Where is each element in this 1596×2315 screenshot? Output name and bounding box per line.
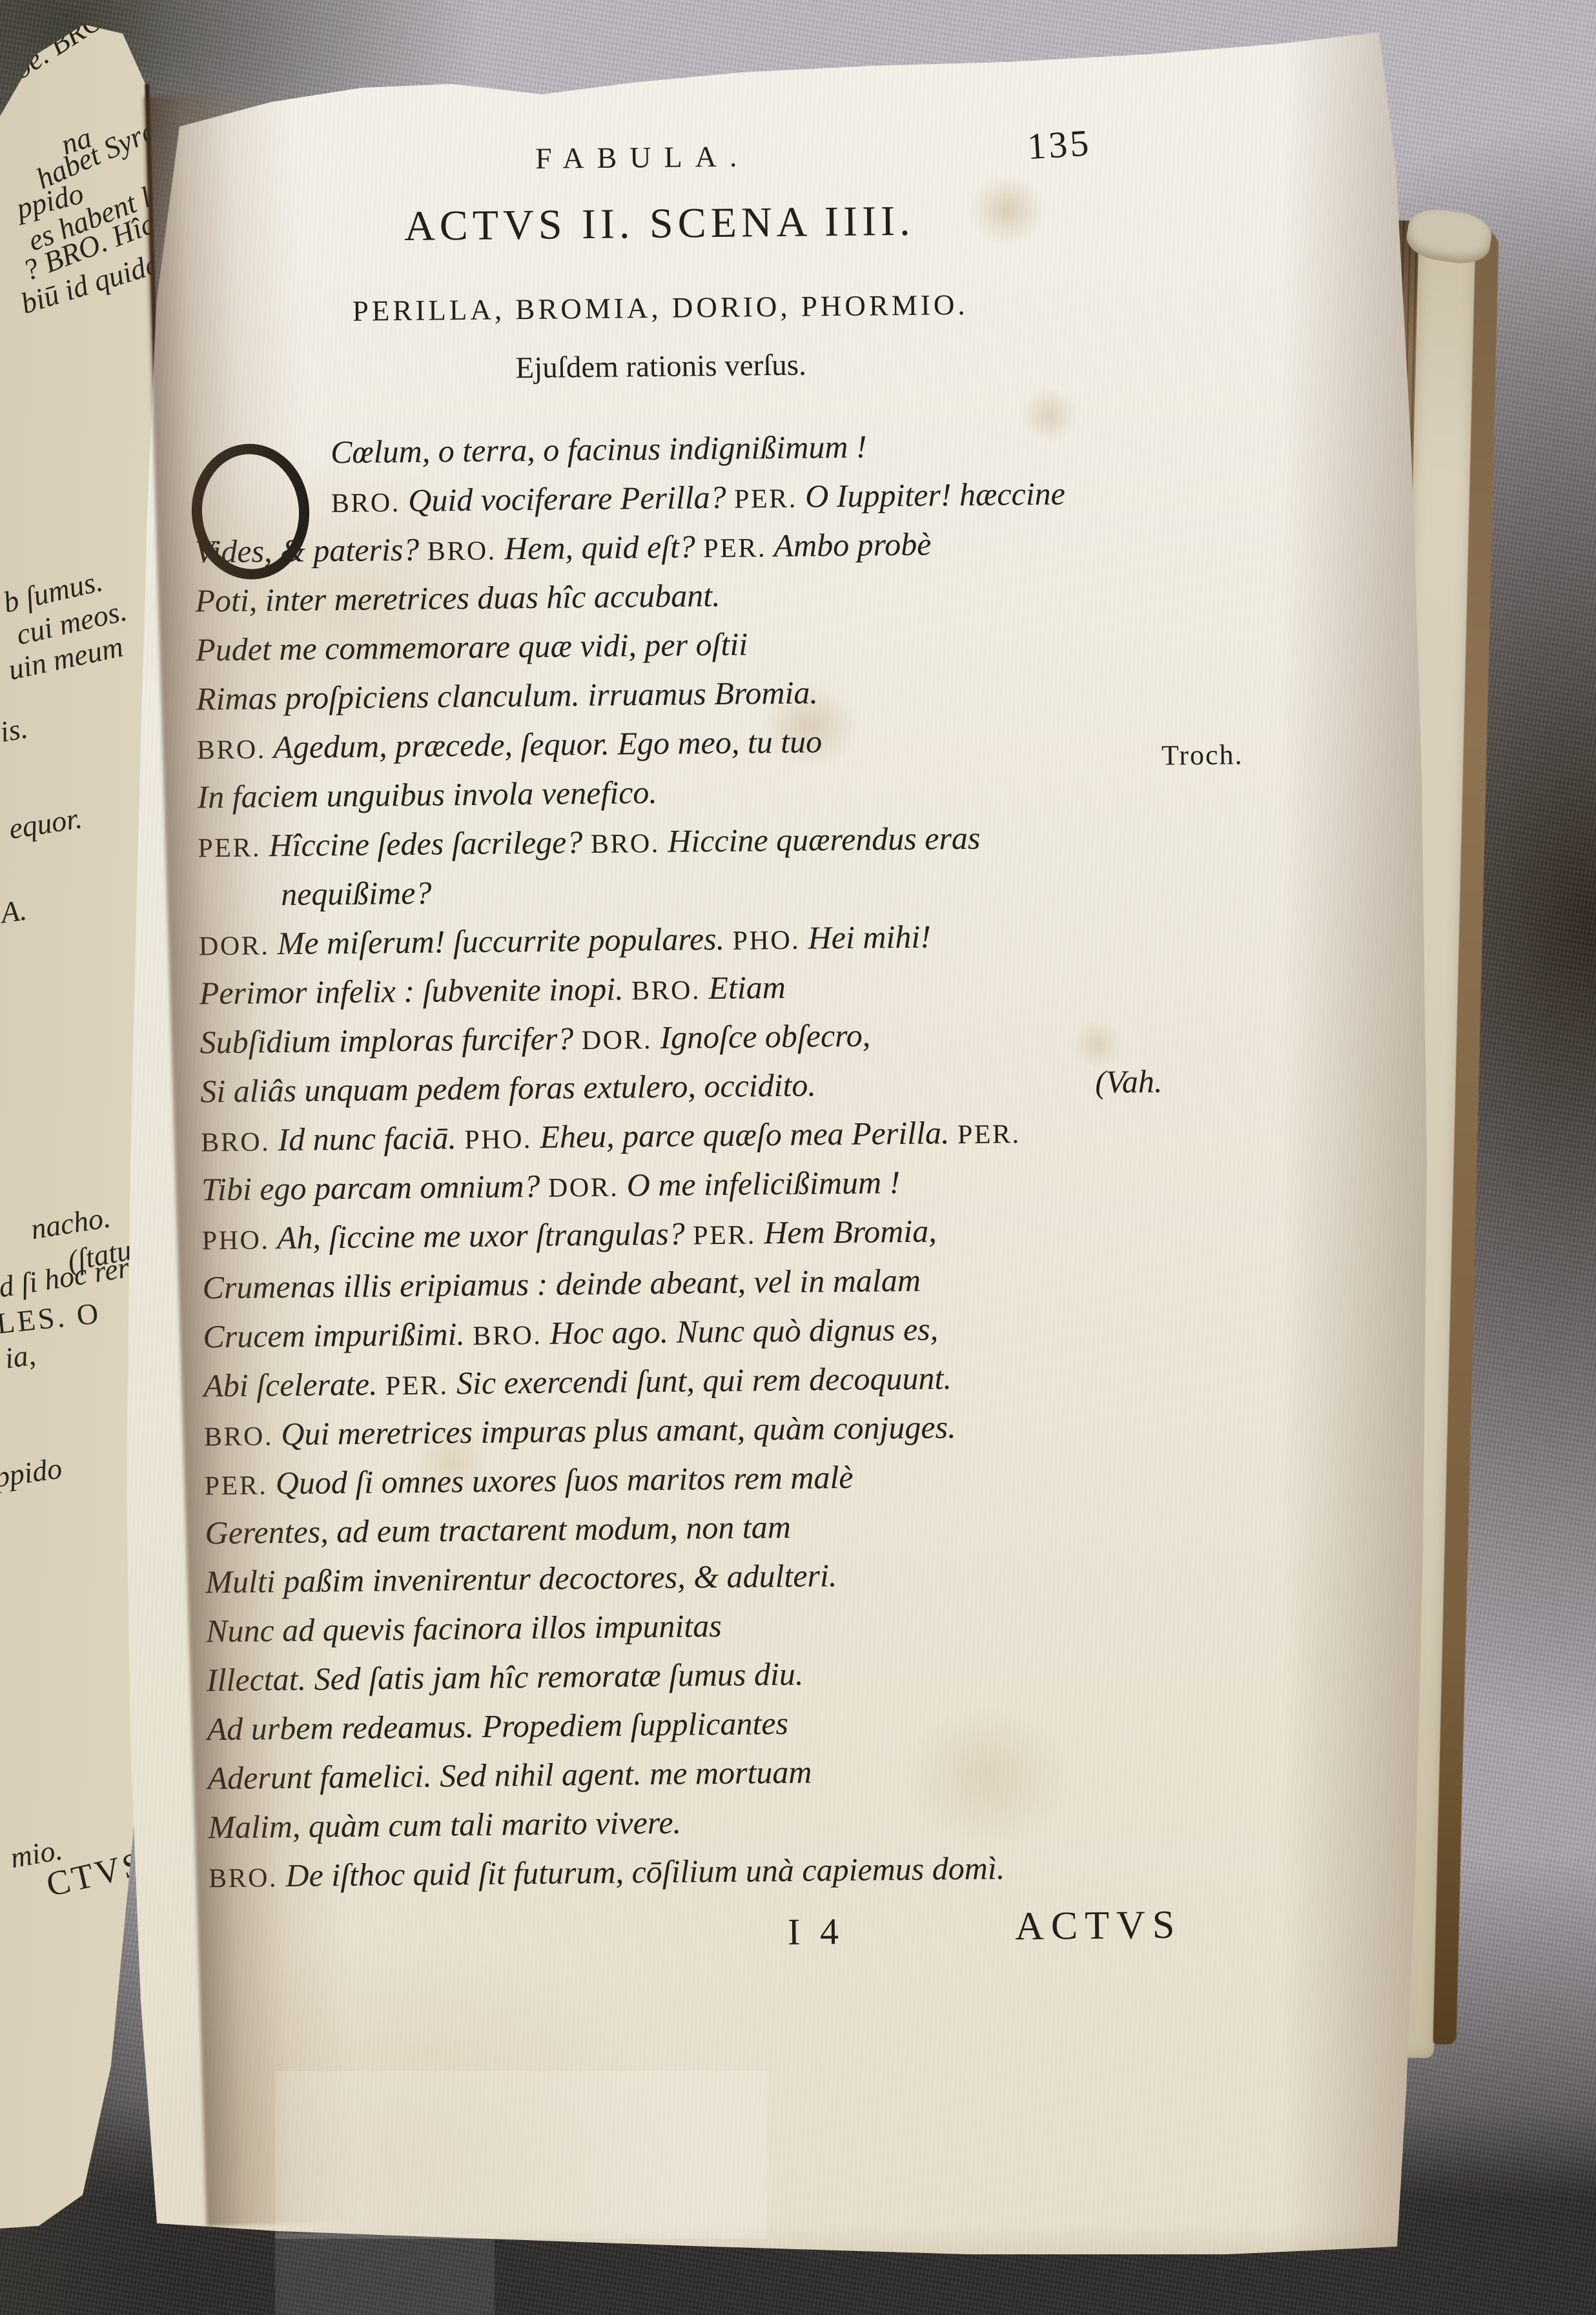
left-page-fragment: is. [0, 711, 30, 750]
signature-mark: I 4 [788, 1910, 844, 1953]
exposure-patch [275, 2071, 767, 2239]
page-content: FABULA. 135 ACTVS II. SCENA IIII. PERILL… [0, 0, 1596, 2315]
book-photo: be. BRO. Quidnahabet Syram,ppidoes haben… [0, 0, 1596, 2315]
exposure-patch [275, 2234, 495, 2315]
marginal-note: Troch. [1161, 738, 1243, 771]
left-page-fragment: ppido [0, 1451, 64, 1494]
left-page-fragment: ia, [3, 1337, 37, 1375]
scene-heading: ACTVS II. SCENA IIII. [191, 194, 1128, 253]
left-page-fragment: equor. [6, 801, 85, 846]
play-lines: Cœlum, o terra, o facinus indignißimum !… [194, 418, 1216, 1901]
left-page-fragment: A. [0, 892, 29, 930]
play-line: BRO. De iſthoc quid ſit futurum, cōſiliu… [209, 1841, 1216, 1901]
running-header: FABULA. [190, 136, 1094, 179]
catchword: ACTVS [1015, 1902, 1182, 1950]
book-page: FABULA. 135 ACTVS II. SCENA IIII. PERILL… [0, 0, 1596, 2315]
left-page-fragment: LES. O [0, 1296, 103, 1341]
characters-heading: PERILLA, BROMIA, DORIO, PHORMIO. [192, 286, 1128, 329]
subtitle: Ejuſdem rationis verſus. [192, 344, 1129, 389]
page-number: 135 [1026, 121, 1092, 168]
